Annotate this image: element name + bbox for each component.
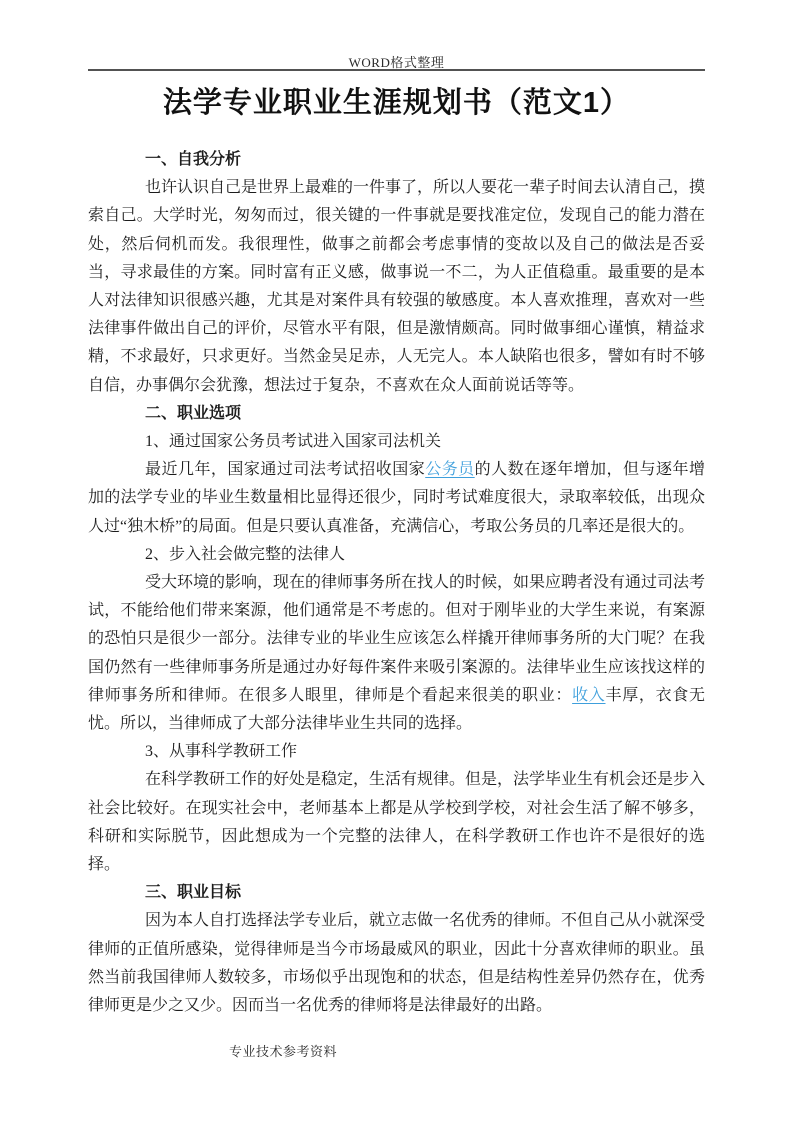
header-divider [88,69,705,71]
page-footer: 专业技术参考资料 [229,1041,337,1060]
subheading-option-lawyer: 2、步入社会做完整的法律人 [88,541,705,569]
document-body: 一、自我分析 也许认识自己是世界上最难的一件事了，所以人要花一辈子时间去认清自己… [88,146,705,1020]
text-segment: 受大环境的影响，现在的律师事务所在找人的时候，如果应聘者没有通过司法考试，不能给… [88,574,705,704]
paragraph-option-lawyer: 受大环境的影响，现在的律师事务所在找人的时候，如果应聘者没有通过司法考试，不能给… [88,569,705,738]
paragraph-self-analysis: 也许认识自己是世界上最难的一件事了，所以人要花一辈子时间去认清自己，摸索自己。大… [88,174,705,400]
subheading-option-research: 3、从事科学教研工作 [88,738,705,766]
document-page: WORD格式整理 法学专业职业生涯规划书（范文1） 一、自我分析 也许认识自己是… [0,0,793,1122]
section-heading-career-goal: 三、职业目标 [88,879,705,907]
page-title: 法学专业职业生涯规划书（范文1） [0,80,793,121]
paragraph-option-civil-service: 最近几年，国家通过司法考试招收国家公务员的人数在逐年增加，但与逐年增加的法学专业… [88,456,705,541]
link-civil-servant[interactable]: 公务员 [425,461,474,478]
header-text: WORD格式整理 [349,55,445,70]
subheading-option-civil-service: 1、通过国家公务员考试进入国家司法机关 [88,428,705,456]
footer-text: 专业技术参考资料 [229,1044,337,1059]
section-heading-self-analysis: 一、自我分析 [88,146,705,174]
section-heading-career-options: 二、职业选项 [88,400,705,428]
link-income[interactable]: 收入 [572,687,605,704]
paragraph-career-goal: 因为本人自打选择法学专业后，就立志做一名优秀的律师。不但自己从小就深受律师的正值… [88,907,705,1020]
paragraph-option-research: 在科学教研工作的好处是稳定，生活有规律。但是，法学毕业生有机会还是步入社会比较好… [88,766,705,879]
text-segment: 最近几年，国家通过司法考试招收国家 [145,461,425,478]
